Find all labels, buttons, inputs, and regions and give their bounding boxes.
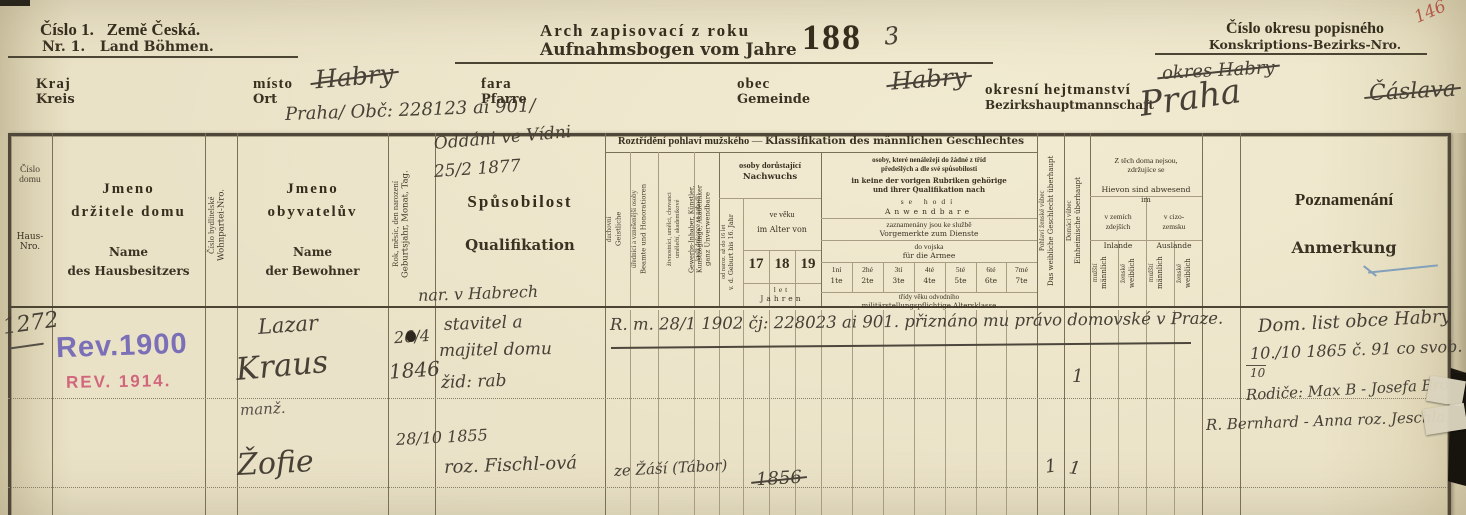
class-title-de: Klassifikation des männlichen Geschlecht… — [765, 135, 1024, 147]
age-range-header: ve věku im Alter von — [743, 210, 821, 234]
recruit-note: třídy věku odvodního militärstellungspfl… — [821, 293, 1037, 311]
land-cs: Země Česká. — [107, 20, 200, 39]
col-birth-header: Rok, měsíc, den narození Geburtsjahr, Mo… — [390, 140, 434, 308]
col-party-de: Wohnpartei-Nro. — [217, 145, 228, 305]
domestic-col: Domácí vůbec Einheimische überhaupt — [1065, 140, 1089, 302]
recruit-class-2: 2hé2te — [852, 265, 883, 286]
obec-handwritten-value: Habry — [890, 62, 967, 95]
revision-stamp-1900: Rev.1900 — [55, 328, 188, 366]
age-19: 19 — [795, 256, 821, 273]
row-separator-1 — [8, 398, 1448, 399]
abroad-female-col: ženskéweiblich — [1175, 243, 1201, 303]
fara-label-de: Pfarre — [481, 92, 527, 107]
row2-relation: manž. — [240, 399, 286, 419]
female-col: Pohlaví ženské vůbec Das weibliche Gesch… — [1038, 140, 1063, 302]
sheet-number-line-de: Nr. 1. Land Böhmen. — [42, 39, 214, 55]
class-col-clergy-de: Geistliche — [614, 156, 622, 302]
fara-label-cs: fara — [481, 76, 512, 93]
misto-label-de: Ort — [253, 92, 277, 107]
col-party-header: Číslo bydlitelské Wohnpartei-Nro. — [206, 145, 236, 305]
sehodi-de: Anwendbare — [885, 207, 973, 216]
adolescents-cs: osoby dorůstající — [719, 160, 821, 170]
revision-stamp-1914: REV. 1914. — [66, 371, 172, 393]
misto-crossed-value: Habry — [314, 59, 395, 95]
class-col-trades-cs: živnostníci, umělci, chovanci umělečtí, … — [666, 156, 682, 302]
col-owner-de: Name des Hausbesitzers — [52, 243, 205, 281]
scan-edge-top-left — [0, 0, 30, 6]
remark-header-de: Anmerkung — [1240, 238, 1448, 257]
recruit-class-7: 7mé7te — [1006, 265, 1037, 286]
col-inhab-cs: Jmeno obyvatelův — [237, 178, 388, 223]
recruit-note-de: militärstellungspflichtige Altersklasse — [862, 302, 997, 310]
year-printed: 188 — [802, 16, 862, 58]
paper-edge-shade — [1452, 133, 1466, 373]
age0-cs: od naroz. až do 16 let — [720, 201, 728, 303]
title-cs: Arch zapisovací z roku — [540, 21, 750, 41]
row1-tally-domestic: 1 — [1072, 366, 1083, 387]
year-handwritten: 3 — [883, 21, 901, 50]
class-col-unfit: kteří dokonce se nehodí ganz Unverwendba… — [695, 156, 718, 302]
masthead-left-underline — [8, 56, 298, 58]
army-de: für die Armee — [903, 251, 956, 260]
female-de: Das weibliche Geschlecht überhaupt — [1047, 140, 1056, 302]
row2-birth-struck: 1856 — [756, 467, 803, 490]
remark-fraction: 10 — [1250, 366, 1265, 380]
recruit-class-4: 4té4te — [914, 265, 945, 286]
row1-qualification-1: stavitel a — [444, 312, 523, 335]
recruit-class-3: 3tí3te — [883, 265, 914, 286]
years-de: Jahren — [760, 294, 803, 303]
class-col-officials-cs: úředníci a vznešenější osoby — [631, 156, 639, 302]
remark-header-cs: Poznamenání — [1240, 190, 1448, 210]
col-house-de: Haus- Nro. — [8, 232, 52, 252]
fit-text-de: in keine der vorigen Rubriken gehörige u… — [821, 176, 1037, 194]
class-col-unfit-de: ganz Unverwendbare — [703, 156, 711, 302]
absent-cs: Z těch doma nejsou, zdržujíce se — [1114, 156, 1177, 175]
row1-qualification-2: majitel domu — [439, 339, 552, 361]
age-range-de: im Alter von — [743, 225, 821, 234]
class-col-unfit-cs: kteří dokonce se nehodí — [695, 156, 703, 302]
abroad-cs: v cizo- zemsku — [1163, 212, 1186, 231]
misto-label-cs: místo — [253, 76, 293, 93]
noted-de: Vorgemerkte zum Dienste — [880, 229, 979, 238]
domestic-cs: Domácí vůbec — [1065, 140, 1074, 302]
obec-label-cs: obec — [737, 76, 770, 93]
class-col-officials-de: Beamte und Honoratioren — [639, 156, 647, 302]
recruit-note-cs: třídy věku odvodního — [899, 293, 959, 301]
age0-col: od naroz. až do 16 let v. d. Geburt bis … — [720, 201, 742, 303]
col-birth-cs: Rok, měsíc, den narození — [390, 140, 401, 308]
absent-header: Z těch doma nejsou, zdržujíce se Hievon … — [1090, 146, 1202, 204]
row1-first-name: Lazar — [257, 311, 319, 339]
class-col-officials: úředníci a vznešenější osoby Beamte und … — [631, 156, 657, 302]
army-row: do vojska für die Armee — [821, 242, 1037, 261]
recruit-class-6: 6té6te — [976, 265, 1006, 286]
abroad-male-col: mužštímännlich — [1147, 243, 1173, 303]
noted-cs: zaznamenány jsou ke službě — [886, 220, 971, 229]
kraj-label-de: Kreis — [36, 92, 75, 107]
sheet-no-de: Nr. 1. — [42, 39, 85, 55]
hejtmanstvi-crossed-value: Čáslava — [1369, 77, 1457, 107]
masthead-right-underline — [1155, 53, 1427, 55]
adolescents-de: Nachwuchs — [719, 172, 821, 182]
masthead-center-underline — [455, 62, 993, 64]
row-separator-2 — [8, 487, 1448, 488]
age-range-cs: ve věku — [743, 210, 821, 219]
hejtmanstvi-handwritten-value: Praha — [1137, 71, 1243, 125]
title-de: Aufnahmsbogen vom Jahre — [540, 40, 797, 60]
adolescents-header: osoby dorůstající Nachwuchs — [719, 160, 821, 182]
army-cs: do vojska — [915, 242, 944, 251]
col-inhab-de: Name der Bewohner — [237, 243, 388, 281]
ink-blot — [406, 331, 416, 342]
age0-de: v. d. Geburt bis 16. Jahr — [728, 201, 736, 303]
class-col-clergy-cs: duchovní — [606, 156, 614, 302]
female-cs: Pohlaví ženské vůbec — [1038, 140, 1047, 302]
fit-text-cs: osoby, které nenáležejí do žádné z tříd … — [821, 156, 1037, 174]
noted-row: zaznamenány jsou ke službě Vorgemerkte z… — [821, 220, 1037, 239]
census-sheet-scan: 146 Číslo 1. Země Česká. Nr. 1. Land Böh… — [0, 0, 1466, 515]
class-title-cs: Roztřídění pohlaví mužského — [618, 136, 749, 147]
absent-de: Hievon sind abwesend im — [1101, 185, 1190, 204]
years-cs: let — [774, 285, 791, 294]
sheet-no-cs: Číslo 1. — [40, 20, 94, 39]
district-number-de: Konskriptions-Bezirks-Nro. — [1180, 37, 1430, 52]
recruit-class-5: 5té5te — [945, 265, 976, 286]
sheet-number-line-cs: Číslo 1. Země Česká. — [40, 20, 200, 40]
hejtmanstvi-label-de: Bezirkshauptmannschaft — [985, 98, 1154, 112]
class-col-trades: živnostníci, umělci, chovanci umělečtí, … — [659, 156, 693, 302]
col-qual-de: Qualifikation — [435, 236, 605, 254]
col-qual-cs: Spůsobilost — [435, 192, 605, 212]
years-label: let Jahren — [743, 285, 821, 303]
sehodi-row: se hodí Anwendbare — [821, 197, 1037, 217]
age-17: 17 — [743, 256, 769, 273]
inland-female-col: ženskéweiblich — [1119, 243, 1145, 303]
row1-birth-year: 1846 — [388, 356, 440, 383]
row2-first-name: Žofie — [236, 444, 314, 483]
sehodi-cs: se hodí — [901, 197, 957, 206]
class-title: Roztřídění pohlaví mužského — Klassifika… — [605, 135, 1037, 147]
row1-qualification-3: žid: rab — [441, 371, 507, 393]
col-birth-de: Geburtsjahr, Monat, Tag. — [401, 140, 412, 308]
kraj-label-cs: Kraj — [36, 76, 71, 93]
land-de: Land Böhmen. — [100, 39, 214, 55]
inland-male-col: mužštímännlich — [1091, 243, 1117, 303]
class-col-clergy: duchovní Geistliche — [606, 156, 629, 302]
domestic-de: Einheimische überhaupt — [1074, 140, 1083, 302]
col-house-cs: Číslo domu — [8, 165, 52, 185]
district-number-cs: Číslo okresu popisného — [1180, 20, 1430, 38]
col-party-cs: Číslo bydlitelské — [206, 145, 217, 305]
inland-cs: v zemích zdejších — [1104, 212, 1131, 231]
hejtmanstvi-label-cs: okresní hejtmanství — [985, 82, 1131, 99]
obec-label-de: Gemeinde — [737, 92, 810, 107]
recruit-class-1: 1ní1te — [821, 265, 852, 286]
class-title-dash: — — [752, 136, 763, 147]
col-owner-cs: Jmeno držitele domu — [52, 178, 205, 223]
age-18: 18 — [769, 256, 795, 273]
